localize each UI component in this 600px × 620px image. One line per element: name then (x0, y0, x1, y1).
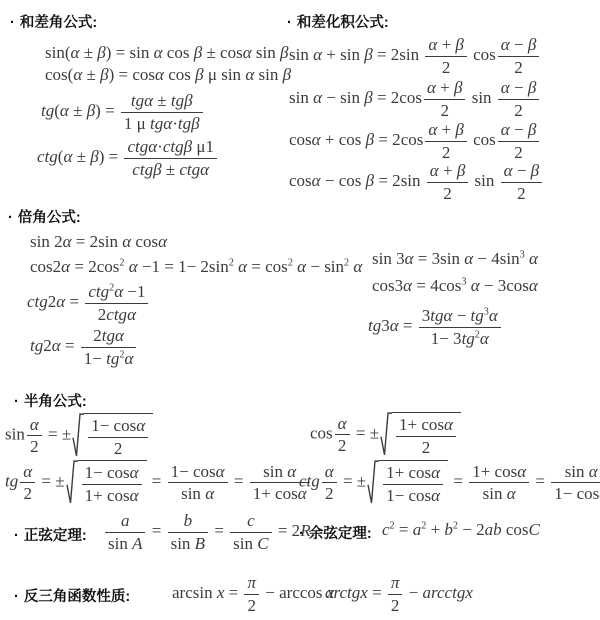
heading-label: 余弦定理: (309, 526, 372, 542)
formula-double-ctg: ctg2α = ctg2α −12ctgα (27, 282, 150, 324)
radical-icon (66, 460, 78, 505)
bullet-dot: · (10, 15, 15, 31)
formula-law-of-sines: asin A = bsin B = csin C = 2R (103, 511, 311, 553)
bullet-dot: · (14, 589, 19, 605)
square-root: 1− cosα1+ cosα (66, 460, 147, 505)
fraction: α + β2 (427, 161, 469, 203)
fraction: asin A (105, 511, 145, 553)
fraction: α − β2 (498, 78, 540, 120)
fraction: ctgα·ctgβ μ1ctgβ ± ctgα (124, 137, 217, 179)
radical-icon (380, 412, 392, 457)
formula-triple-tg: tg3α = 3tgα − tg3α1− 3tg2α (368, 306, 503, 348)
formula-double-cos: cos2α = 2cos2 α −1 = 1− 2sin2 α = cos2 α… (30, 257, 362, 277)
fraction: α2 (335, 414, 350, 456)
fraction: α − β2 (498, 120, 540, 162)
formula-sum-to-product-1: sin α + sin β = 2sin α + β2 cosα − β2 (289, 35, 541, 77)
fraction: π2 (244, 573, 259, 615)
formula-triple-cos: cos3α = 4cos3 α − 3cosα (372, 276, 538, 296)
heading-label: 反三角函数性质: (24, 589, 130, 605)
heading-label: 倍角公式: (18, 210, 81, 226)
fraction: π2 (388, 573, 403, 615)
formula-sum-to-product-2: sin α − sin β = 2cosα + β2 sin α − β2 (289, 78, 541, 120)
radical-icon (367, 460, 379, 505)
square-root: 1− cosα2 (72, 413, 153, 458)
fraction: 1+ cosα1− cosα (383, 463, 443, 505)
fraction: sin α1− cosα (551, 462, 600, 504)
formula-half-tg: tgα2 = ±1− cosα1+ cosα = 1− cosαsin α = … (5, 460, 312, 505)
fraction: tgα ± tgβ1 μ tgα·tgβ (121, 91, 203, 133)
formula-arcsin-arccos: arcsin x = π2 − arccos x (172, 573, 334, 615)
fraction: α2 (322, 462, 337, 504)
bullet-dot: · (8, 210, 13, 226)
formula-sum-to-product-3: cosα + cos β = 2cosα + β2 cosα − β2 (289, 120, 541, 162)
formula-double-sin: sin 2α = 2sin α cosα (30, 232, 167, 252)
fraction: bsin B (168, 511, 208, 553)
heading-sum-to-product: ·和差化积公式: (287, 11, 389, 32)
formula-half-cos: cosα2 = ±1+ cosα2 (310, 412, 462, 457)
fraction: α2 (27, 415, 42, 457)
bullet-dot: · (287, 15, 292, 31)
fraction: α + β2 (425, 120, 467, 162)
heading-label: 半角公式: (24, 394, 87, 410)
fraction: α + β2 (424, 78, 466, 120)
formula-half-ctg: ctgα2 = ±1+ cosα1− cosα = 1+ cosαsin α =… (299, 460, 600, 505)
heading-label: 和差角公式: (20, 15, 97, 31)
formula-law-of-cosines: c2 = a2 + b2 − 2ab cosC (382, 520, 540, 540)
square-root: 1+ cosα2 (380, 412, 461, 457)
heading-label: 正弦定理: (24, 528, 87, 544)
heading-inverse-trig: ·反三角函数性质: (14, 585, 130, 606)
fraction: 1− cosαsin α (168, 462, 228, 504)
fraction: 2tgα1− tg2α (81, 326, 137, 368)
fraction: 3tgα − tg3α1− 3tg2α (419, 306, 501, 348)
fraction: α2 (20, 462, 35, 504)
formula-sum-to-product-4: cosα − cos β = 2sin α + β2 sin α − β2 (289, 161, 544, 203)
square-root: 1+ cosα1− cosα (367, 460, 448, 505)
formula-triple-sin: sin 3α = 3sin α − 4sin3 α (372, 249, 538, 269)
radical-icon (72, 413, 84, 458)
formula-ctg-sum: ctg(α ± β) = ctgα·ctgβ μ1ctgβ ± ctgα (37, 137, 219, 179)
formula-half-sin: sinα2 = ±1− cosα2 (5, 413, 154, 458)
fraction: 1− cosα2 (88, 416, 148, 458)
heading-sum-diff-angle: ·和差角公式: (10, 11, 97, 32)
fraction: ctg2α −12ctgα (85, 282, 148, 324)
document-page: { "colors": { "background": "#ffffff", "… (0, 0, 600, 620)
formula-double-tg: tg2α = 2tgα1− tg2α (30, 326, 138, 368)
fraction: 1+ cosαsin α (469, 462, 529, 504)
heading-law-of-sines: ·正弦定理: (14, 524, 87, 545)
fraction: 1− cosα1+ cosα (82, 463, 142, 505)
formula-tg-sum: tg(α ± β) = tgα ± tgβ1 μ tgα·tgβ (41, 91, 205, 133)
formula-arctg-arcctg: arctgx = π2 − arcctgx (325, 573, 473, 615)
bullet-dot: · (14, 394, 19, 410)
fraction: α − β2 (501, 161, 543, 203)
fraction: α − β2 (498, 35, 540, 77)
formula-sin-sum: sin(α ± β) = sin α cos β ± cosα sin β (45, 43, 288, 63)
heading-label: 和差化积公式: (297, 15, 389, 31)
fraction: 1+ cosα2 (396, 415, 456, 457)
formula-cos-sum: cos(α ± β) = cosα cos β μ sin α sin β (45, 65, 291, 85)
fraction: csin C (230, 511, 271, 553)
fraction: α + β2 (425, 35, 467, 77)
heading-half-angle: ·半角公式: (14, 390, 87, 411)
bullet-dot: · (14, 528, 19, 544)
heading-double-angle: ·倍角公式: (8, 206, 81, 227)
